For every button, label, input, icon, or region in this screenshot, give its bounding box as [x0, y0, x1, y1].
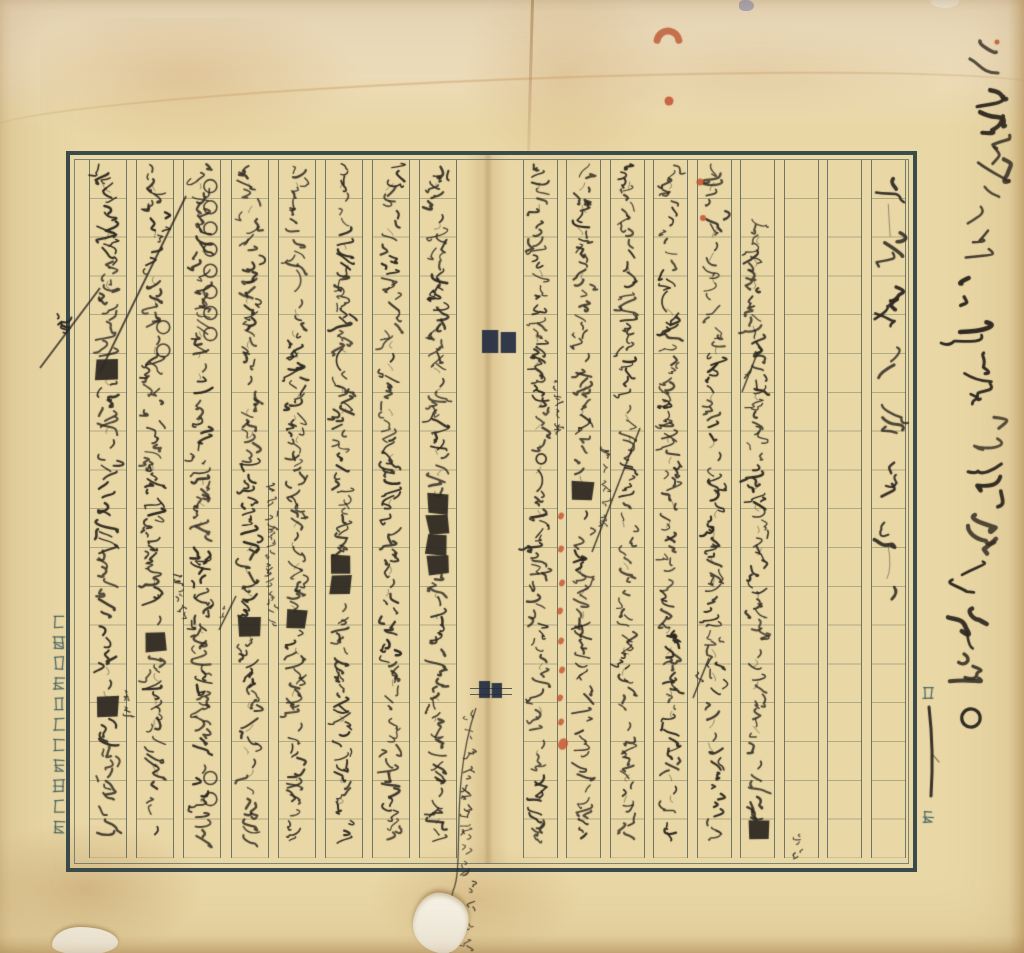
manuscript-photo: 科学与人生观序, 此稿请嘱印局另打一张清样给我。 上海亞東圖書館草稿用紙 第 一… [0, 0, 1024, 953]
ink-layer [0, 0, 1024, 953]
